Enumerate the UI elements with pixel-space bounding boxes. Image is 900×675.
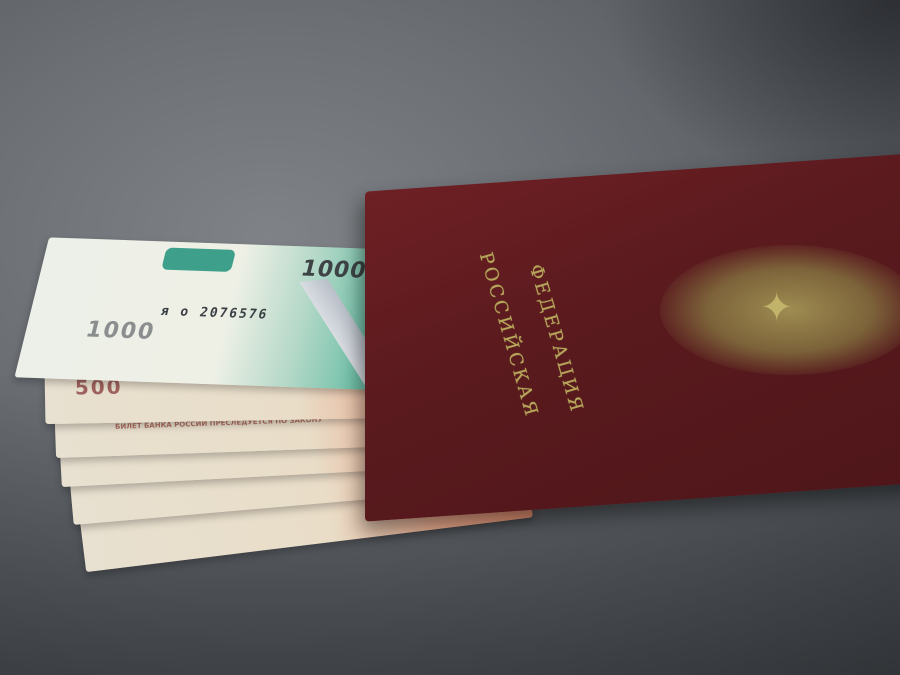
serial-number: я о 2076576 [159, 304, 270, 323]
denomination: 1000 [83, 317, 158, 344]
banknote-emblem [161, 248, 236, 272]
photo-scene: 500 500 500 500 БИЛЕТ БАНКА РОССИИ ПРЕСЛ… [0, 0, 900, 675]
denomination: 1000 [298, 256, 369, 283]
